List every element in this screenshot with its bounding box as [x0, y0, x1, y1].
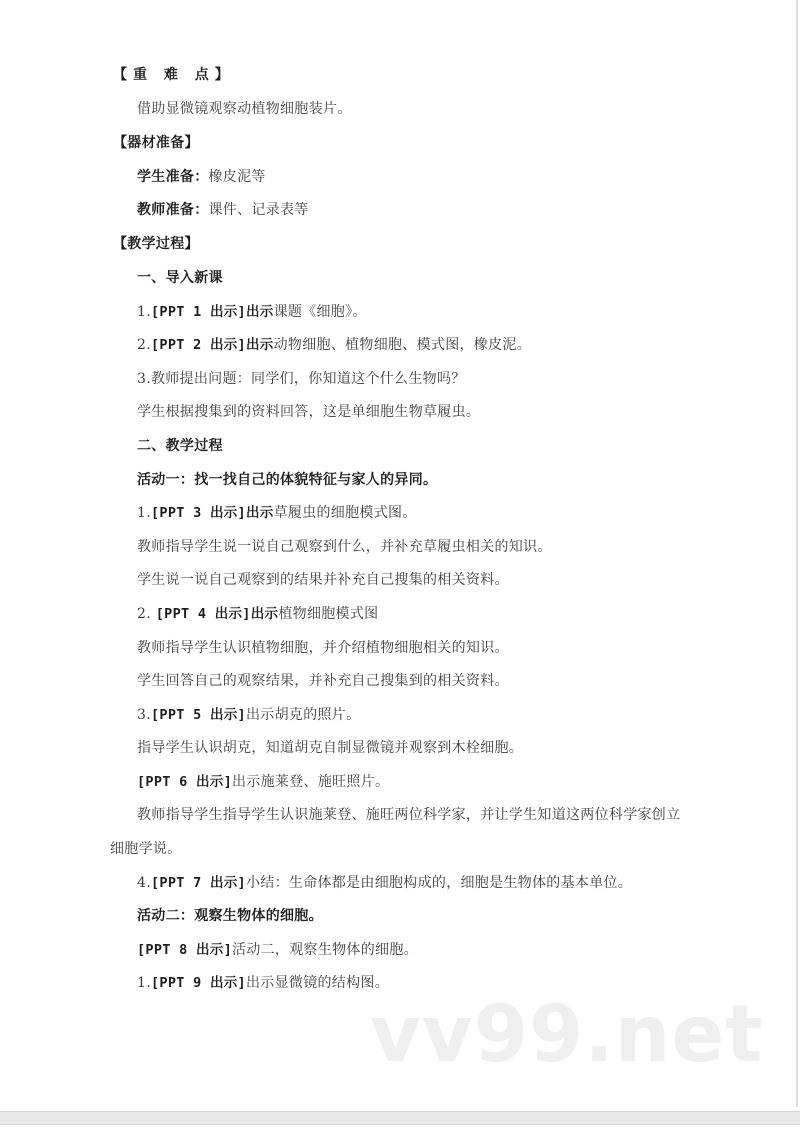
page-separator — [0, 1111, 800, 1125]
part1-title: 一、导入新课 — [137, 269, 223, 287]
item-text: 动物细胞、植物细胞、模式图，橡皮泥。 — [274, 337, 531, 353]
item-text: 出示施莱登、施旺照片。 — [232, 774, 389, 790]
paragraph: 3.教师提出问题：同学们，你知道这个什么生物吗？ — [137, 370, 466, 388]
paragraph: 教师指导学生说一说自己观察到什么，并补充草履虫相关的知识。 — [137, 538, 552, 556]
paragraph: 1.[PPT 1 出示]出示课题《细胞》。 — [137, 303, 367, 321]
item-text: 活动二，观察生物体的细胞。 — [232, 942, 418, 958]
heading-materials: 【器材准备】 — [113, 134, 199, 152]
paragraph: [PPT 8 出示]活动二，观察生物体的细胞。 — [137, 941, 418, 959]
paragraph: 4.[PPT 7 出示]小结：生命体都是由细胞构成的，细胞是生物体的基本单位。 — [137, 874, 632, 892]
paragraph: 3.[PPT 5 出示]出示胡克的照片。 — [137, 706, 360, 724]
item-text: 草履虫的细胞模式图。 — [274, 505, 417, 521]
document-page: 【重 难 点】 借助显微镜观察动植物细胞装片。 【器材准备】 学生准备：橡皮泥等… — [0, 0, 798, 1107]
teacher-text: 课件、记录表等 — [209, 202, 309, 218]
ppt-tag: [PPT 3 出示]出示 — [151, 505, 274, 521]
student-label: 学生准备： — [137, 169, 209, 185]
paragraph: 2.[PPT 2 出示]出示动物细胞、植物细胞、模式图，橡皮泥。 — [137, 336, 531, 354]
item-text: 课题《细胞》。 — [274, 304, 367, 320]
ppt-tag: [PPT 7 出示] — [151, 875, 246, 891]
paragraph: [PPT 6 出示]出示施莱登、施旺照片。 — [137, 773, 389, 791]
paragraph: 教师指导学生指导学生认识施莱登、施旺两位科学家，并让学生知道这两位科学家创立 — [137, 806, 680, 824]
ppt-tag: [PPT 1 出示]出示 — [151, 304, 274, 320]
activity2-title: 活动二：观察生物体的细胞。 — [137, 907, 323, 925]
item-number: 1. — [137, 505, 151, 521]
item-number: 2. — [137, 606, 156, 622]
item-number: 3. — [137, 707, 151, 723]
item-text: 植物细胞模式图 — [278, 606, 378, 622]
teacher-label: 教师准备： — [137, 202, 209, 218]
ppt-tag: [PPT 4 出示]出示 — [156, 606, 279, 622]
ppt-tag: [PPT 2 出示]出示 — [151, 337, 274, 353]
item-text: 出示显微镜的结构图。 — [246, 975, 389, 991]
paragraph: 教师指导学生认识植物细胞，并介绍植物细胞相关的知识。 — [137, 639, 509, 657]
student-materials: 学生准备：橡皮泥等 — [137, 168, 266, 186]
paragraph: 学生根据搜集到的资料回答，这是单细胞生物草履虫。 — [137, 403, 480, 421]
item-number: 4. — [137, 875, 151, 891]
heading-key-points: 【重 难 点】 — [113, 66, 235, 84]
watermark: vv99.net — [370, 996, 764, 1074]
item-text: 出示胡克的照片。 — [246, 707, 360, 723]
ppt-tag: [PPT 5 出示] — [151, 707, 246, 723]
ppt-tag: [PPT 8 出示] — [137, 942, 232, 958]
ppt-tag: [PPT 9 出示] — [151, 975, 246, 991]
teacher-materials: 教师准备：课件、记录表等 — [137, 201, 309, 219]
activity1-title: 活动一：找一找自己的体貌特征与家人的异同。 — [137, 471, 437, 489]
paragraph: 学生回答自己的观察结果，并补充自己搜集到的相关资料。 — [137, 672, 509, 690]
key-points-text: 借助显微镜观察动植物细胞装片。 — [137, 100, 352, 118]
item-number: 2. — [137, 337, 151, 353]
paragraph: 1.[PPT 3 出示]出示草履虫的细胞模式图。 — [137, 504, 417, 522]
paragraph: 指导学生认识胡克，知道胡克自制显微镜并观察到木栓细胞。 — [137, 739, 523, 757]
item-text: 小结：生命体都是由细胞构成的，细胞是生物体的基本单位。 — [246, 875, 632, 891]
paragraph: 2. [PPT 4 出示]出示植物细胞模式图 — [137, 605, 378, 623]
paragraph: 1.[PPT 9 出示]出示显微镜的结构图。 — [137, 974, 389, 992]
item-number: 1. — [137, 304, 151, 320]
part2-title: 二、教学过程 — [137, 437, 223, 455]
heading-process: 【教学过程】 — [113, 235, 199, 253]
item-number: 1. — [137, 975, 151, 991]
paragraph-continuation: 细胞学说。 — [110, 840, 182, 858]
ppt-tag: [PPT 6 出示] — [137, 774, 232, 790]
student-text: 橡皮泥等 — [209, 169, 266, 185]
paragraph: 学生说一说自己观察到的结果并补充自己搜集的相关资料。 — [137, 571, 509, 589]
